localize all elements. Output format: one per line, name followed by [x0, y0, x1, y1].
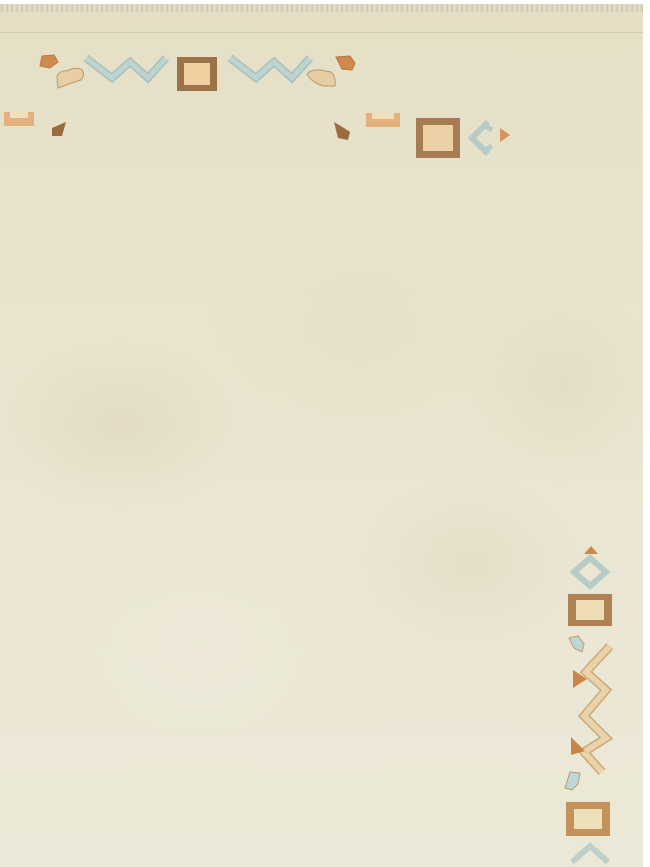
- rust-triangle-icon: [569, 735, 587, 757]
- rug-fringe: [0, 4, 643, 12]
- tan-zigzag-icon: [576, 640, 616, 778]
- tan-bracket-icon: [2, 110, 36, 130]
- blue-pebble-icon: [562, 770, 584, 794]
- brown-square-icon: [414, 116, 462, 160]
- blue-chevron-icon: [566, 840, 614, 867]
- rug-fold-line: [0, 32, 643, 33]
- rust-fragment-icon: [334, 55, 358, 73]
- brown-fragment-icon: [48, 120, 70, 140]
- blue-zigzag-icon: [82, 52, 170, 84]
- blue-zigzag-icon: [226, 52, 314, 84]
- brown-square-icon: [566, 592, 614, 628]
- brown-square-icon: [564, 800, 612, 838]
- rug: [0, 4, 643, 867]
- blue-diamond-icon: [568, 554, 612, 590]
- brown-fragment-icon: [332, 120, 354, 142]
- rust-triangle-icon: [498, 126, 512, 144]
- brown-square-icon: [175, 55, 219, 93]
- rust-triangle-icon: [571, 668, 589, 690]
- tan-bracket-icon: [364, 110, 404, 130]
- blue-chevron-icon: [464, 118, 496, 158]
